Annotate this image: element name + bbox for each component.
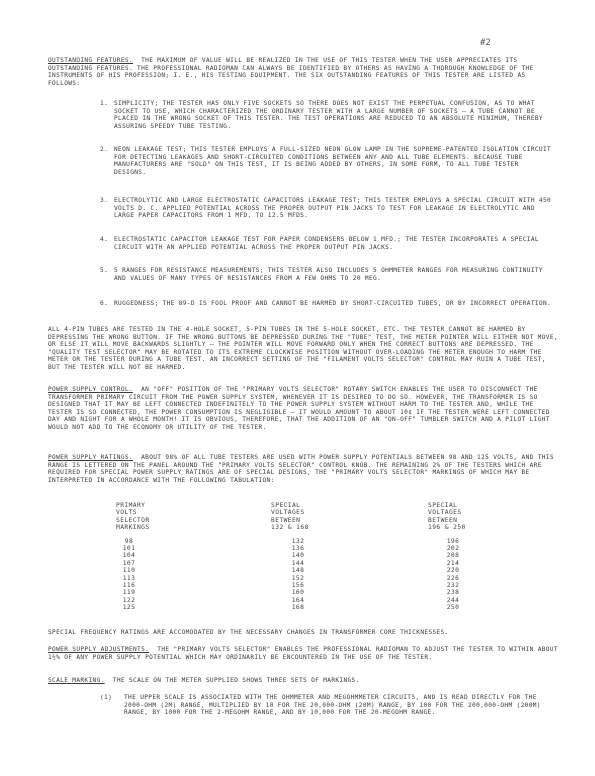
feature-number: 3.	[100, 197, 108, 205]
feature-item: 1. Simplicity; the tester has only five …	[100, 100, 555, 130]
tabulation-column-primary: Primary Volts Selector Markings 98 101 1…	[116, 502, 150, 612]
feature-item: 4. Electrostatic capacitor leakage test …	[100, 236, 555, 251]
table-cell: 232	[442, 582, 464, 589]
table-cell: 208	[442, 552, 464, 559]
column-header-line: Between	[271, 517, 309, 524]
feature-text: Simplicity; the tester has only five soc…	[114, 100, 555, 130]
table-cell: 226	[442, 575, 464, 582]
section-heading: Power Supply Ratings.	[48, 454, 133, 461]
section-heading: Outstanding Features.	[48, 57, 133, 64]
column-header-line: Voltages	[428, 509, 466, 516]
feature-item: 5. 5 ranges for resistance measurements;…	[100, 267, 555, 282]
table-cell: 152	[287, 575, 309, 582]
feature-item: 3. Electrolytic and large electrostatic …	[100, 197, 555, 220]
table-cell: 116	[118, 582, 140, 589]
table-cell: 220	[442, 567, 464, 574]
paragraph-body: An "Off" position of the "Primary Volts …	[48, 386, 550, 431]
feature-number: 4.	[100, 236, 108, 244]
outstanding-features-paragraph: Outstanding Features. The maximum of val…	[48, 57, 558, 87]
scale-marking-paragraph: Scale Marking. The scale on the meter su…	[48, 677, 558, 685]
table-cell: 156	[287, 582, 309, 589]
column-header-line: Markings	[116, 524, 150, 531]
column-header-line: 196 & 250	[428, 524, 466, 531]
scale-item-number: (1)	[100, 694, 112, 702]
table-cell: 132	[287, 538, 309, 545]
power-supply-control-paragraph: Power Supply Control. An "Off" position …	[48, 386, 558, 432]
table-cell: 160	[287, 589, 309, 596]
power-supply-adjustments-paragraph: Power Supply Adjustments. The "Primary V…	[48, 646, 558, 661]
table-cell: 250	[442, 604, 464, 611]
table-cell: 244	[442, 597, 464, 604]
feature-text: Neon Leakage Test; this tester employs a…	[114, 146, 555, 176]
feature-number: 1.	[100, 100, 108, 108]
feature-item: 6. Ruggedness; the 89-D is fool proof an…	[100, 300, 555, 308]
column-header-line: Selector	[116, 517, 150, 524]
feature-number: 6.	[100, 300, 108, 308]
column-header-line: Special	[271, 502, 309, 509]
column-header-line: Special	[428, 502, 466, 509]
table-cell: 214	[442, 560, 464, 567]
page-number: #2	[480, 38, 491, 48]
column-header-line: 132 & 168	[271, 524, 309, 531]
feature-number: 5.	[100, 267, 108, 275]
feature-text: Electrolytic and large electrostatic cap…	[114, 197, 555, 220]
section-heading: Power Supply Control.	[48, 386, 133, 393]
paragraph-body: The scale on the meter supplied shows th…	[113, 677, 360, 684]
table-cell: 122	[118, 597, 140, 604]
feature-text: Electrostatic capacitor leakage test for…	[114, 236, 555, 251]
table-cell: 98	[118, 538, 140, 545]
table-cell: 140	[287, 552, 309, 559]
column-header-line: Volts	[116, 509, 150, 516]
feature-text: Ruggedness; the 89-D is fool proof and c…	[114, 300, 555, 308]
section-heading: Scale Marking.	[48, 677, 105, 684]
table-cell: 148	[287, 567, 309, 574]
scale-item-text: The upper scale is associated with the o…	[124, 694, 555, 717]
table-cell: 113	[118, 575, 140, 582]
power-supply-ratings-paragraph: Power Supply Ratings. About 98% of all t…	[48, 454, 558, 484]
table-cell: 110	[118, 567, 140, 574]
column-header-line: Primary	[116, 502, 150, 509]
section-heading: Power Supply Adjustments.	[48, 646, 149, 653]
column-header-line: Voltages	[271, 509, 309, 516]
feature-item: 2. Neon Leakage Test; this tester employ…	[100, 146, 555, 176]
table-cell: 168	[287, 604, 309, 611]
column-header-line: Between	[428, 517, 466, 524]
table-cell: 125	[118, 604, 140, 611]
table-cell: 202	[442, 545, 464, 552]
tabulation-column-132-168: Special Voltages Between 132 & 168 132 1…	[271, 502, 309, 612]
tabulation-column-196-250: Special Voltages Between 196 & 250 196 2…	[428, 502, 466, 612]
table-cell: 238	[442, 589, 464, 596]
frequency-paragraph: Special frequency ratings are accomodate…	[48, 629, 558, 637]
table-cell: 107	[118, 560, 140, 567]
table-cell: 104	[118, 552, 140, 559]
pins-paragraph: All 4-pin tubes are tested in the 4-hole…	[48, 326, 558, 372]
scale-item: (1) The upper scale is associated with t…	[100, 694, 555, 717]
table-cell: 196	[442, 538, 464, 545]
feature-number: 2.	[100, 146, 108, 154]
table-cell: 136	[287, 545, 309, 552]
feature-text: 5 ranges for resistance measurements; th…	[114, 267, 555, 282]
table-cell: 144	[287, 560, 309, 567]
table-cell: 119	[118, 589, 140, 596]
table-cell: 164	[287, 597, 309, 604]
table-cell: 101	[118, 545, 140, 552]
